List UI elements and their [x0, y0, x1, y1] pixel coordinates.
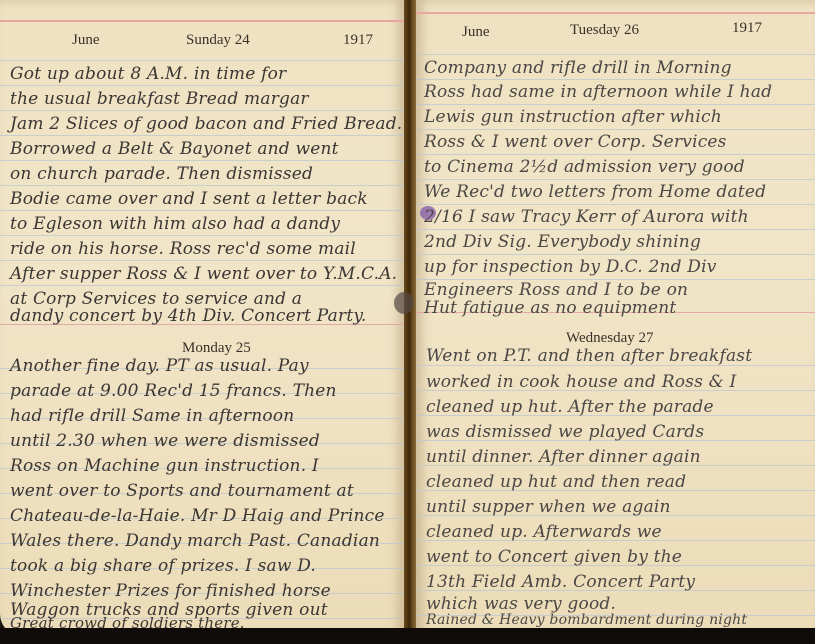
handwritten-line: Borrowed a Belt & Bayonet and went — [10, 139, 339, 159]
handwritten-line: Ross & I went over Corp. Services — [424, 132, 727, 152]
handwritten-line: was dismissed we played Cards — [426, 422, 704, 442]
handwritten-line: which was very good. — [426, 594, 616, 614]
handwritten-line: cleaned up hut. After the parade — [426, 397, 714, 417]
handwritten-line: cleaned up hut and then read — [426, 472, 686, 492]
left-header-year: 1917 — [343, 32, 373, 49]
right-subheader-wednesday: Wednesday 27 — [566, 330, 654, 347]
handwritten-line: Rained & Heavy bombardment during night — [426, 612, 747, 628]
handwritten-line: Went on P.T. and then after breakfast — [426, 346, 752, 366]
handwritten-line: Ross had same in afternoon while I had — [424, 82, 772, 102]
handwritten-line: cleaned up. Afterwards we — [426, 522, 662, 542]
handwritten-line: to Egleson with him also had a dandy — [10, 214, 340, 234]
right-page: June Tuesday 26 1917 Company and rifle d… — [416, 0, 815, 636]
diary-spread: June Sunday 24 1917 Got up about 8 A.M. … — [0, 0, 815, 636]
right-header-year: 1917 — [732, 20, 762, 37]
handwritten-line: 2nd Div Sig. Everybody shining — [424, 232, 701, 252]
right-header-day: Tuesday 26 — [570, 22, 639, 39]
scan-background-edge — [0, 628, 815, 644]
handwritten-line: until 2.30 when we were dismissed — [10, 431, 320, 451]
left-header-month: June — [72, 32, 100, 49]
handwritten-line: Got up about 8 A.M. in time for — [10, 64, 286, 84]
left-header-day: Sunday 24 — [186, 32, 250, 49]
handwritten-line: Wales there. Dandy march Past. Canadian — [10, 531, 380, 551]
handwritten-line: the usual breakfast Bread margar — [10, 89, 309, 109]
handwritten-line: Company and rifle drill in Morning — [424, 58, 732, 78]
handwritten-line: Lewis gun instruction after which — [424, 107, 722, 127]
ink-blot — [394, 292, 414, 314]
left-page: June Sunday 24 1917 Got up about 8 A.M. … — [0, 0, 404, 636]
handwritten-line: up for inspection by D.C. 2nd Div — [424, 257, 717, 277]
handwritten-line: We Rec'd two letters from Home dated — [424, 182, 766, 202]
handwritten-line: Hut fatigue as no equipment — [424, 298, 676, 318]
top-red-rule — [0, 20, 404, 22]
handwritten-line: 13th Field Amb. Concert Party — [426, 572, 695, 592]
handwritten-line: went over to Sports and tournament at — [10, 481, 354, 501]
handwritten-line: worked in cook house and Ross & I — [426, 372, 736, 392]
handwritten-line: Winchester Prizes for finished horse — [10, 581, 331, 601]
left-subheader-monday: Monday 25 — [182, 340, 251, 357]
handwritten-line: Another fine day. PT as usual. Pay — [10, 356, 309, 376]
handwritten-line: 2/16 I saw Tracy Kerr of Aurora with — [424, 207, 749, 227]
top-red-rule — [416, 12, 815, 14]
handwritten-line: ride on his horse. Ross rec'd some mail — [10, 239, 356, 259]
handwritten-line: dandy concert by 4th Div. Concert Party. — [10, 306, 367, 326]
handwritten-line: Ross on Machine gun instruction. I — [10, 456, 319, 476]
handwritten-line: parade at 9.00 Rec'd 15 francs. Then — [10, 381, 337, 401]
handwritten-line: After supper Ross & I went over to Y.M.C… — [10, 264, 397, 284]
handwritten-line: until dinner. After dinner again — [426, 447, 701, 467]
handwritten-line: to Cinema 2½d admission very good — [424, 157, 745, 177]
right-header-month: June — [462, 24, 490, 41]
handwritten-line: Jam 2 Slices of good bacon and Fried Bre… — [10, 114, 402, 134]
handwritten-line: Bodie came over and I sent a letter back — [10, 189, 368, 209]
handwritten-line: had rifle drill Same in afternoon — [10, 406, 294, 426]
book-spine — [404, 0, 416, 636]
handwritten-line: Chateau-de-la-Haie. Mr D Haig and Prince — [10, 506, 385, 526]
handwritten-line: until supper when we again — [426, 497, 671, 517]
handwritten-line: went to Concert given by the — [426, 547, 682, 567]
handwritten-line: on church parade. Then dismissed — [10, 164, 313, 184]
handwritten-line: Engineers Ross and I to be on — [424, 280, 688, 300]
handwritten-line: took a big share of prizes. I saw D. — [10, 556, 316, 576]
